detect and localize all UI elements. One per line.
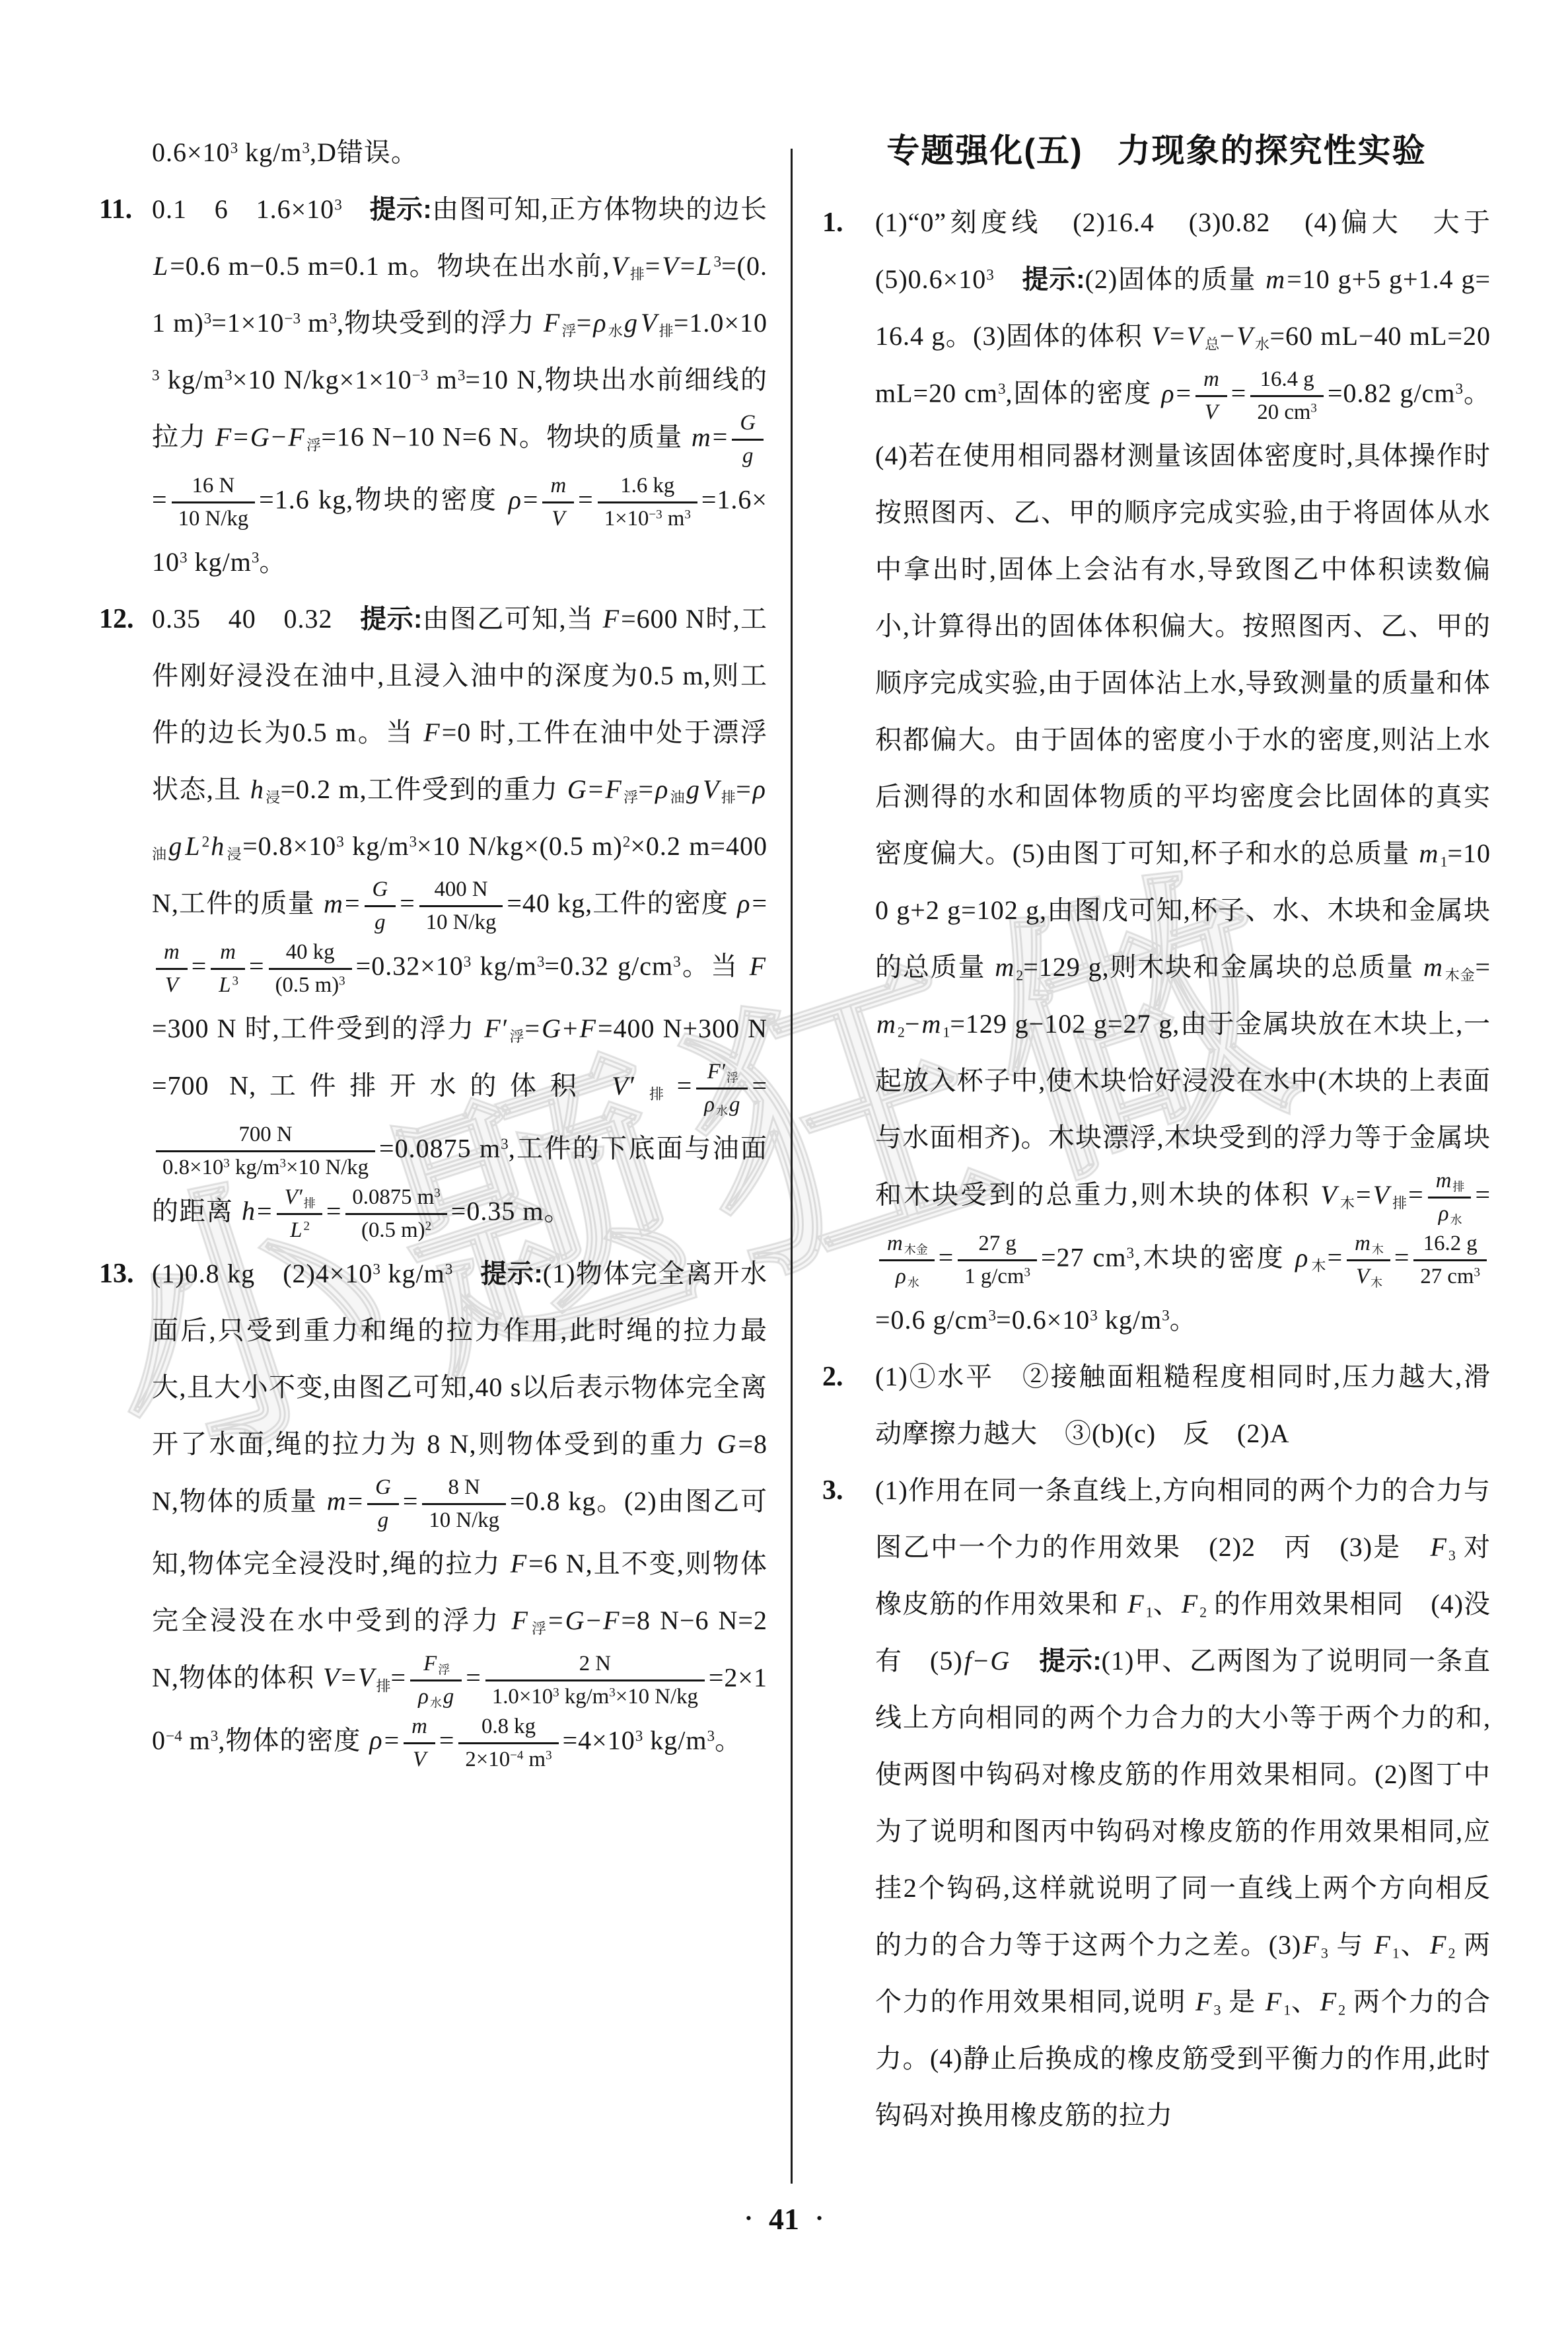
question-item: 1.(1)“0”刻度线 (2)16.4 (3)0.82 (4)偏大 大于 (5)… (822, 194, 1491, 1348)
page-number: 41 (769, 2202, 799, 2236)
fraction: F′浮ρ水g (696, 1057, 748, 1120)
fraction: m木V木 (1347, 1229, 1390, 1292)
question-text: (1)作用在同一条直线上,方向相同的两个力的合力与图乙中一个力的作用效果 (2)… (875, 1462, 1491, 2144)
question-number: 1. (822, 194, 875, 251)
footer-dot-right: • (816, 2209, 822, 2228)
fraction: mV (542, 471, 574, 534)
fraction: F浮ρ水g (410, 1649, 462, 1712)
question-number: 12. (99, 591, 152, 647)
fraction: 40 kg(0.5 m)3 (269, 938, 352, 1000)
question-item: 3.(1)作用在同一条直线上,方向相同的两个力的合力与图乙中一个力的作用效果 (… (822, 1462, 1491, 2144)
fraction: mV (1195, 365, 1227, 427)
fraction: m排ρ水 (1428, 1166, 1472, 1229)
fraction: 27 g1 g/cm3 (958, 1229, 1037, 1292)
fraction: 0.0875 m3(0.5 m)2 (345, 1183, 446, 1245)
fraction: 700 N0.8×103 kg/m3×10 N/kg (156, 1120, 375, 1183)
question-number: 13. (99, 1245, 152, 1302)
fraction: 400 N10 N/kg (419, 875, 503, 938)
fraction: 8 N10 N/kg (422, 1473, 506, 1535)
fraction: Gg (367, 1473, 399, 1535)
right-column: 专题强化(五) 力现象的探究性实验 1.(1)“0”刻度线 (2)16.4 (3… (822, 124, 1491, 2144)
question-list-right: 1.(1)“0”刻度线 (2)16.4 (3)0.82 (4)偏大 大于 (5)… (822, 194, 1491, 2144)
question-item: 13.(1)0.8 kg (2)4×103 kg/m3 提示:(1)物体完全离开… (99, 1245, 767, 1775)
section-title: 专题强化(五) 力现象的探究性实验 (822, 124, 1491, 177)
column-divider (791, 149, 793, 2184)
answer-key-page: 小题狂做 0.6×103 kg/m3,D错误。 11.0.1 6 1.6×103… (0, 0, 1568, 2325)
fraction: 16.4 g20 cm3 (1250, 365, 1324, 427)
fraction: 16 N10 N/kg (172, 471, 256, 534)
question-text: (1)①水平 ②接触面粗糙程度相同时,压力越大,滑动摩擦力越大 ③(b)(c) … (875, 1348, 1491, 1462)
fraction: 1.6 kg1×10−3 m3 (598, 471, 697, 534)
fraction: Gg (732, 408, 764, 471)
question-item: 2.(1)①水平 ②接触面粗糙程度相同时,压力越大,滑动摩擦力越大 ③(b)(c… (822, 1348, 1491, 1462)
question-number: 11. (99, 181, 152, 238)
question-number: 2. (822, 1348, 875, 1405)
fraction: m木金ρ水 (879, 1229, 935, 1292)
footer-dot-left: • (746, 2209, 752, 2228)
question-text: (1)0.8 kg (2)4×103 kg/m3 提示:(1)物体完全离开水面后… (152, 1245, 767, 1775)
fraction: 2 N1.0×103 kg/m3×10 N/kg (485, 1649, 705, 1712)
page-footer: •41• (0, 2201, 1568, 2236)
fraction: Gg (365, 875, 396, 938)
question-list-left: 11.0.1 6 1.6×103 提示:由图可知,正方体物块的边长 L=0.6 … (99, 181, 767, 1775)
question-text: 0.35 40 0.32 提示:由图乙可知,当 F=600 N时,工件刚好浸没在… (152, 591, 767, 1245)
fraction: mV (156, 938, 188, 1000)
carryover-text-line: 0.6×103 kg/m3,D错误。 (152, 124, 767, 181)
question-item: 11.0.1 6 1.6×103 提示:由图可知,正方体物块的边长 L=0.6 … (99, 181, 767, 591)
fraction: 0.8 kg2×10−4 m3 (458, 1712, 558, 1775)
fraction: mL3 (211, 938, 245, 1000)
question-number: 3. (822, 1462, 875, 1519)
fraction: 16.2 g27 cm3 (1413, 1229, 1487, 1292)
question-text: (1)“0”刻度线 (2)16.4 (3)0.82 (4)偏大 大于 (5)0.… (875, 194, 1491, 1348)
left-column: 0.6×103 kg/m3,D错误。 11.0.1 6 1.6×103 提示:由… (99, 124, 767, 1775)
question-text: 0.1 6 1.6×103 提示:由图可知,正方体物块的边长 L=0.6 m−0… (152, 181, 767, 591)
fraction: mV (404, 1712, 435, 1775)
fraction: V′排L2 (277, 1183, 322, 1245)
question-item: 12.0.35 40 0.32 提示:由图乙可知,当 F=600 N时,工件刚好… (99, 591, 767, 1245)
